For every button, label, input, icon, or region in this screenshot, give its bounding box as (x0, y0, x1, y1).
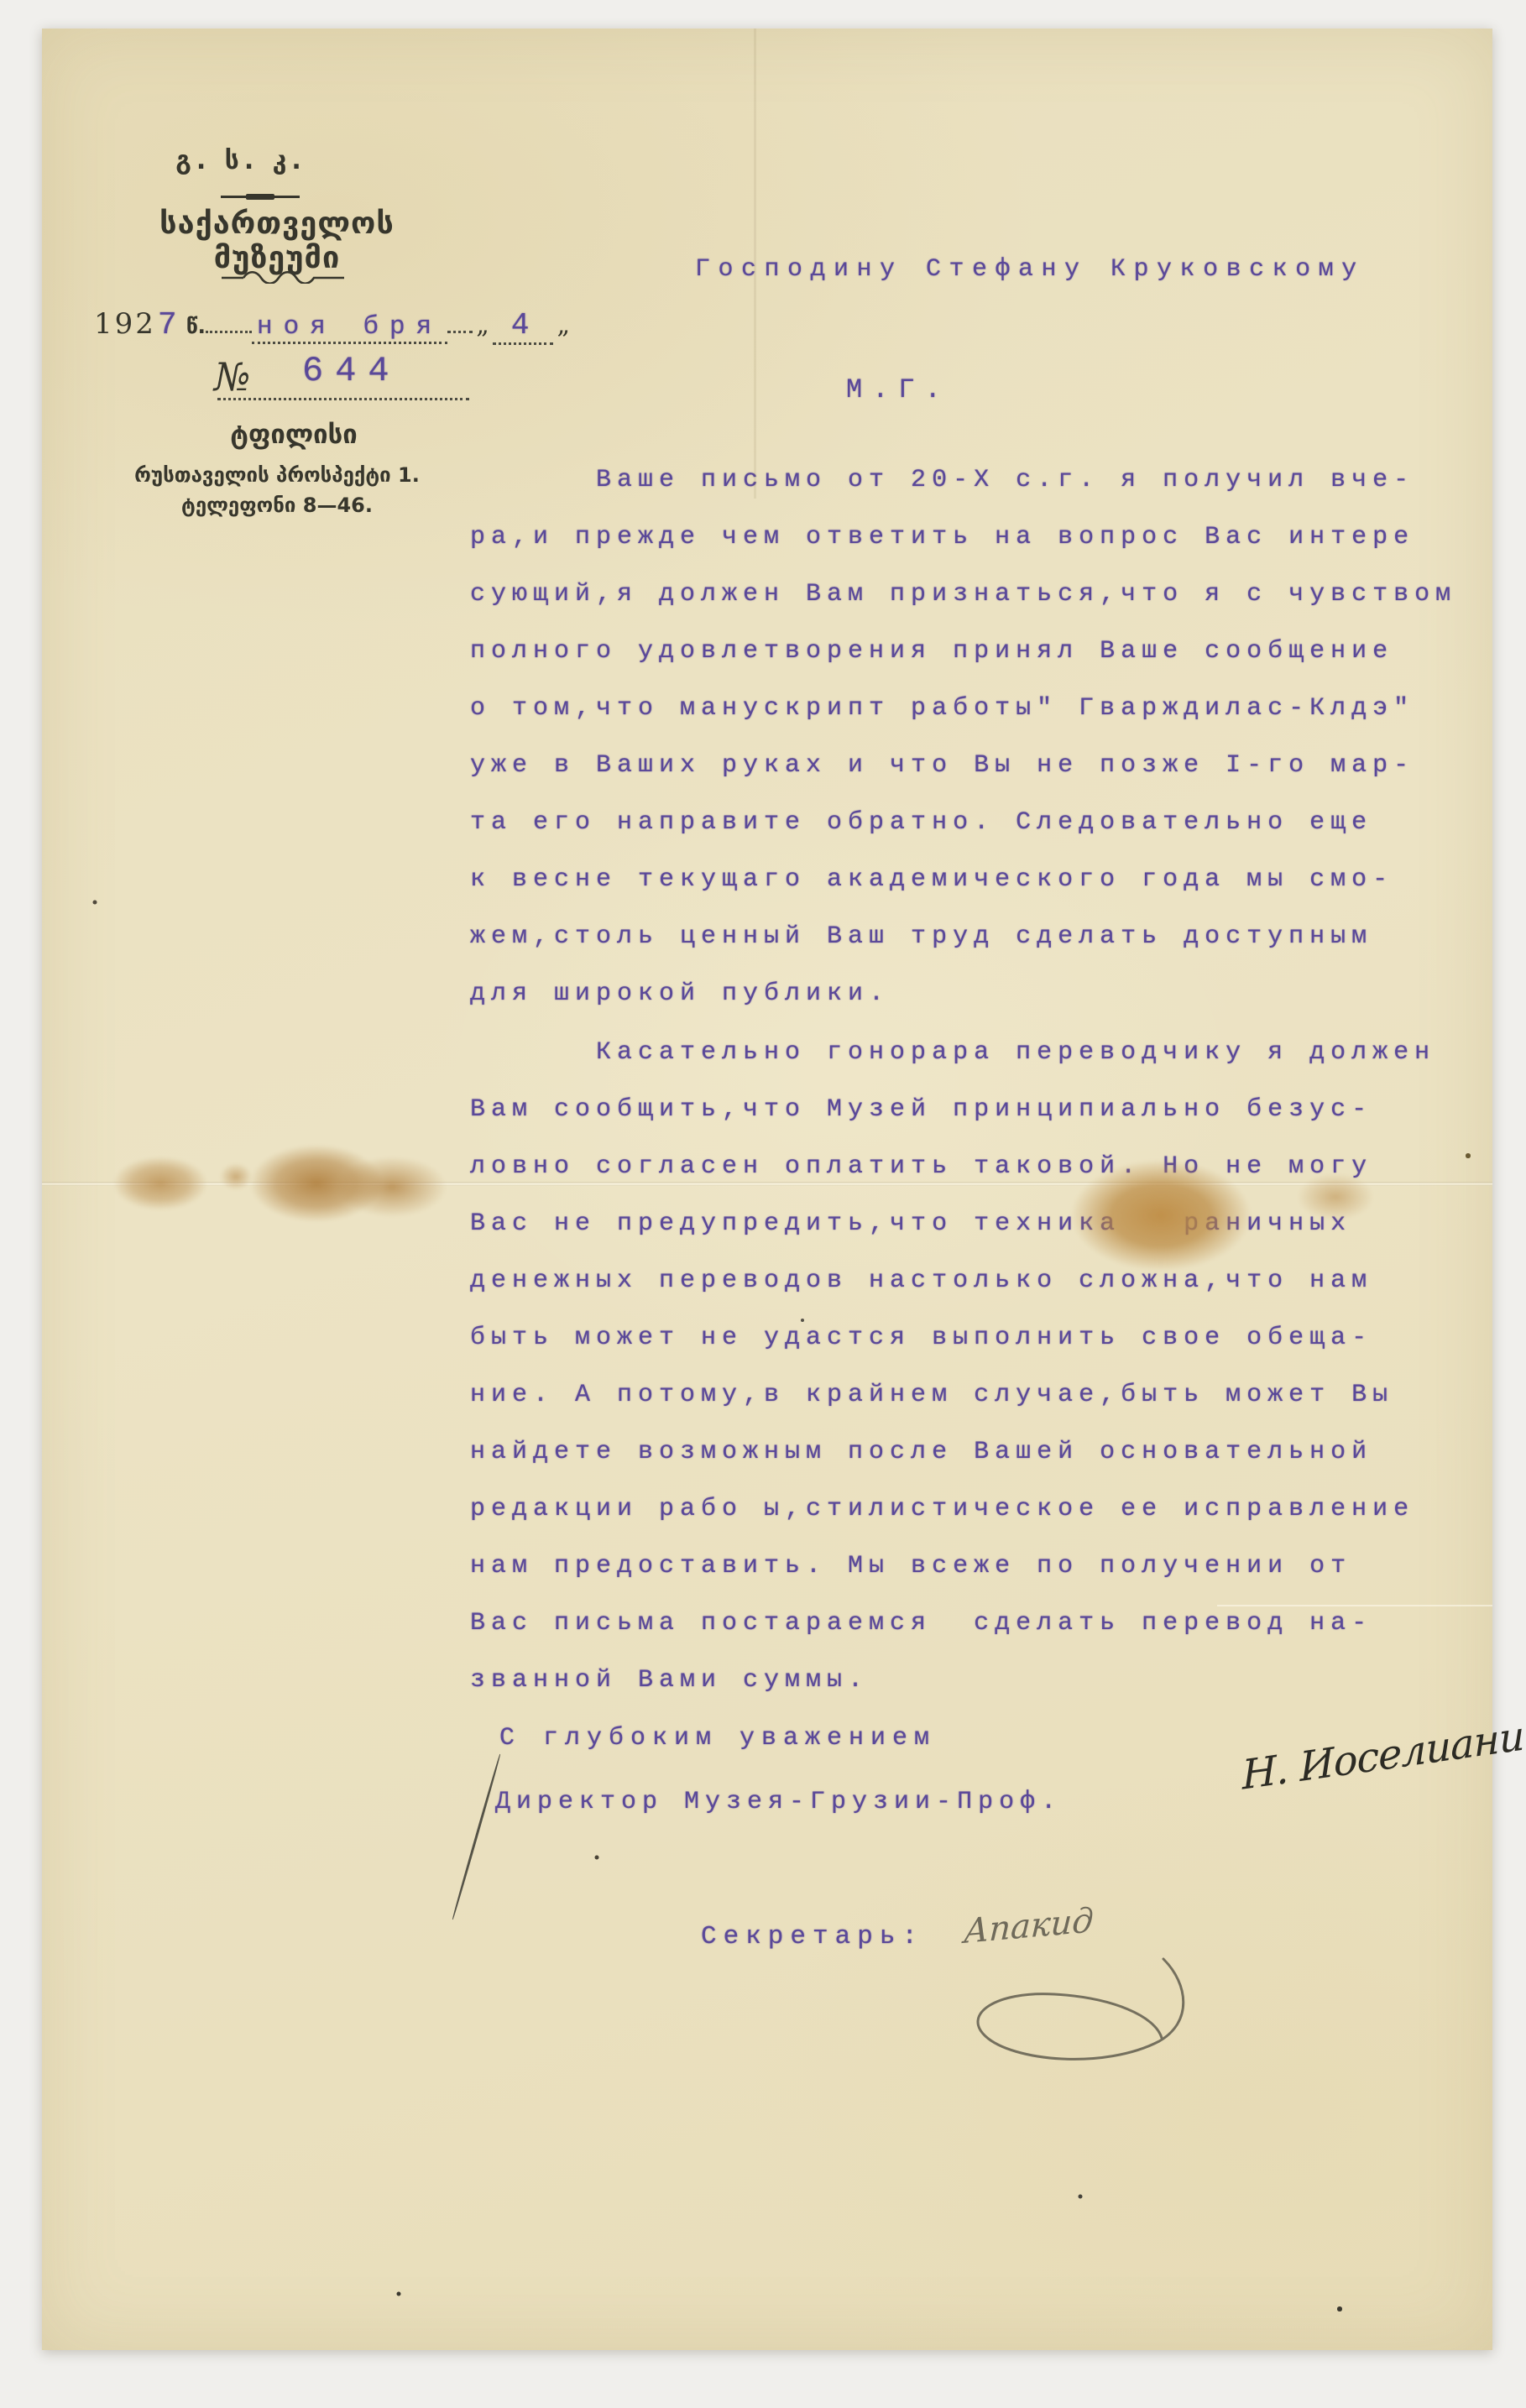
letterhead-museum-name: საქართველოს მუზეუმი (92, 206, 462, 275)
document-number-line: № 644 (214, 354, 567, 413)
dotted-leader (447, 309, 473, 333)
body-line: ра,и прежде чем ответить на вопрос Вас и… (470, 509, 1456, 566)
salutation: М.Г. (846, 374, 951, 405)
scanned-letter-page: { "letterhead": { "abbr": "გ. ს. კ.", "m… (0, 0, 1526, 2408)
stain (220, 1163, 252, 1190)
body-line: найдете возможным после Вашей основатель… (470, 1423, 1435, 1481)
stain (113, 1157, 207, 1210)
ornament-icon (220, 270, 346, 284)
numero-sign: № (214, 354, 251, 400)
dotted-leader (217, 398, 469, 400)
body-line: званной Вами суммы. (470, 1652, 1435, 1709)
document-number: 644 (302, 351, 401, 391)
secretary-signature-flourish (945, 1951, 1222, 2071)
letterhead-address: რუსთაველის პროსპექტი 1. (92, 463, 462, 487)
flourish-icon (945, 1951, 1222, 2068)
body-line: ловно согласен оплатить таковой. Но не м… (470, 1138, 1435, 1195)
body-line: полного удовлетворения принял Ваше сообщ… (470, 623, 1456, 680)
letterhead-phone: ტელეფონი 8—46. (92, 494, 462, 517)
pen-stroke (452, 1754, 501, 1920)
body-line: сующий,я должен Вам признаться,что я с ч… (470, 566, 1456, 623)
paragraph-1: Ваше письмо от 20-Х с.г. я получил вче- … (470, 452, 1456, 1022)
body-line: быть может не удастся выполнить свое обе… (470, 1309, 1435, 1366)
body-line: уже в Ваших руках и что Вы не позже I-го… (470, 737, 1456, 794)
body-line: та его направите обратно. Следовательно … (470, 794, 1456, 851)
letterhead-abbreviation: გ. ს. კ. (144, 146, 337, 175)
letter-paper: გ. ს. კ. საქართველოს მუზეუმი 192 7 წ. но… (42, 29, 1492, 2350)
body-line: ние. А потому,в крайнем случае,быть може… (470, 1366, 1435, 1423)
secretary-label: Секретарь: (701, 1922, 924, 1951)
director-title: Директор Музея-Грузии-Проф. (495, 1788, 1062, 1816)
addressee-line: Господину Стефану Круковскому (695, 255, 1365, 284)
date-line: 192 7 წ. ноя бря „ 4 „ (94, 307, 573, 345)
ornament-divider (220, 270, 346, 284)
body-line: к весне текущаго академического года мы … (470, 851, 1456, 908)
fold-crease-vertical (754, 29, 756, 499)
stain (337, 1157, 447, 1217)
body-line: Вас письма постараемся сделать перевод н… (470, 1595, 1435, 1652)
body-line: редакции рабо ы,стилистическое ее исправ… (470, 1481, 1435, 1538)
paper-specks (42, 29, 44, 30)
fold-crease-faint (1217, 1605, 1492, 1606)
day-quote-close: „ (557, 311, 570, 340)
body-line: денежных переводов настолько сложна,что … (470, 1252, 1435, 1309)
body-line: Вас не предупредить,что техника раничных (470, 1195, 1435, 1252)
body-line: для широкой публики. (470, 965, 1456, 1022)
letterhead-city: ტფილისი (168, 420, 420, 450)
stain-over-text (1071, 1160, 1251, 1271)
year-prefix: 192 (94, 307, 156, 341)
closing-phrase: С глубоким уважением (499, 1724, 936, 1752)
dotted-leader (206, 309, 252, 333)
body-line: Вам сообщить,что Музей принципиально без… (470, 1081, 1435, 1138)
year-suffix-georgian: წ. (186, 314, 206, 338)
body-line: о том,что манускрипт работы" Гварждилас-… (470, 680, 1456, 737)
letterhead-divider (221, 196, 300, 198)
day-quote-open: „ (476, 311, 489, 340)
year-digit: 7 (158, 307, 183, 343)
body-line: жем,столь ценный Ваш труд сделать доступ… (470, 908, 1456, 965)
body-line: Ваше письмо от 20-Х с.г. я получил вче- (470, 452, 1456, 509)
body-line: нам предоставить. Мы всеже по получении … (470, 1538, 1435, 1595)
day-value: 4 (493, 308, 554, 345)
body-line: Касательно гонорара переводчику я должен (470, 1024, 1435, 1081)
month-value: ноя бря (252, 312, 447, 344)
director-signature: Н. Иоселиани (1241, 1712, 1525, 1799)
secretary-signature: Апакид (963, 1901, 1095, 1951)
stain (1298, 1173, 1373, 1220)
